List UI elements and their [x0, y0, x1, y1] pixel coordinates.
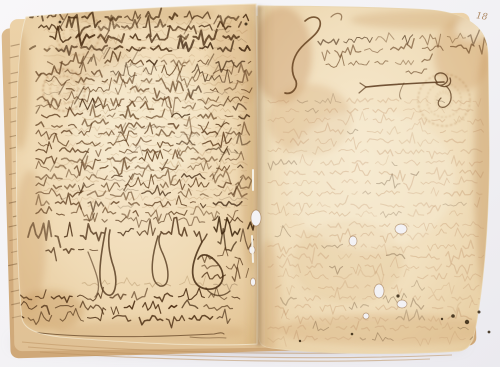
manuscript-photo: 18 [0, 0, 500, 367]
wormhole [374, 284, 384, 298]
wormhole [395, 224, 407, 234]
folio-number: 18 [475, 11, 488, 22]
wormhole [397, 300, 407, 308]
wormhole [349, 236, 357, 246]
wormhole [363, 313, 369, 319]
wormhole [251, 278, 256, 286]
open-manuscript-book [0, 0, 500, 367]
wormhole [251, 210, 261, 226]
book-gutter-shadow [244, 6, 274, 346]
